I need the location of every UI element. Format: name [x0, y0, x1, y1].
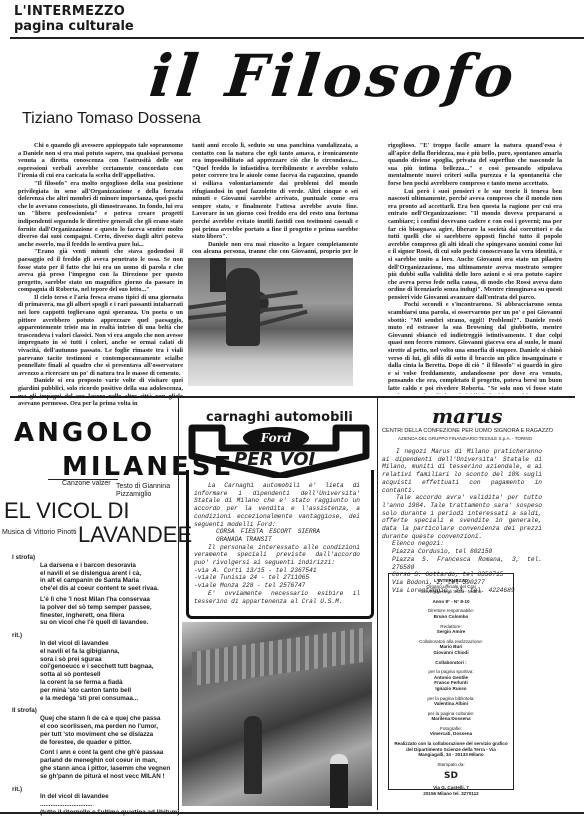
ad-paragraph: La Carnaghi automobili e' lieta di infor… [194, 482, 360, 528]
song-subtitle: Canzone valzer [62, 480, 111, 487]
store-list-heading: Elenco negozi: [382, 540, 542, 548]
song-heading-line1: ANGOLO [14, 418, 155, 448]
store-item: Piazza Cordusio, tel 802150 [382, 548, 542, 556]
dealer-name: carnaghi automobili [206, 410, 353, 425]
colophon-block: L'INTERMEZZO Organo ufficiale del Cral U… [389, 578, 513, 595]
article-title: il Filosofo [146, 42, 520, 110]
lyrics-credit: Testo di Giannina Pizzamiglio [116, 483, 176, 499]
column-divider [178, 398, 179, 810]
lyric-line: .............................. [40, 801, 180, 809]
bollard [330, 754, 348, 808]
colophon-block: Collaboratori : [389, 660, 513, 666]
lyric-line: Cont i ann e cont la gent che gh'è passa… [40, 749, 180, 757]
ad-paragraph: I negozi Marus di Milano praticheranno a… [382, 448, 542, 494]
colophon-line: Bruno Colombo [389, 614, 513, 620]
lyric-line: se gh'pann de piturà el nost vecc MILAN … [40, 773, 180, 781]
bench-slat [258, 310, 307, 327]
colophon-line: Valentina Albini [389, 701, 513, 707]
ad-address: -via A. Corti 13/15 - tel 2367541 [194, 567, 360, 575]
roof [192, 628, 364, 686]
music-credit: Musica di Vittorio Pinotti [2, 529, 77, 536]
section-divider [10, 396, 575, 398]
colophon-line: Sergio Amire [389, 629, 513, 635]
stanza-tag: II strofa) [12, 707, 180, 715]
paragraph: Daniele non era mai riuscito a legare co… [192, 241, 358, 254]
ad-paragraph: Il personale interessato alle condizioni… [194, 544, 360, 567]
colophon-line: Anno 8° - N° 8-10 [389, 599, 513, 605]
lyric-line: parland de meneghin col coeur in man, [40, 757, 180, 765]
paragraph: tanti anni eccolo lì, seduto su una panc… [192, 142, 358, 241]
lyric-line: Quej che stann lì de cà e quej che passa [40, 715, 180, 723]
colophon-block: Via G. Castelli, 720156 Milano tel. 3270… [389, 785, 513, 796]
printer-logo: SD [389, 771, 513, 781]
colophon-line: Stampato da: [389, 762, 513, 768]
masthead-divider [10, 37, 584, 39]
stanza-tag: rit.) [12, 786, 180, 794]
ad-models: CORSA FIESTA ESCORT SIERRA GRANADA TRANS… [194, 528, 360, 543]
song-title-line1: EL VICOL DI [4, 498, 130, 524]
ad-address: -viale Tunisia 24 - tel 2711065 [194, 574, 360, 582]
colophon-block: per la pagina culturale:Marilena Dossena [389, 711, 513, 722]
colophon-block: per la pagina bibliotela:Valentina Albin… [389, 696, 513, 707]
ad-headline: PER VOI [234, 449, 315, 470]
tree-trunk [210, 258, 226, 292]
colophon-block: Fotografie:Vimercati, Dossena [389, 726, 513, 737]
lyric-line: su on vicol che l'è quell di lavandee. [40, 619, 180, 627]
colophon-line: Vimercati, Dossena [389, 731, 513, 737]
lyric-line: ghe stann anca i pittor, lasemm che vegn… [40, 765, 180, 773]
paragraph: Pochi secondi e s'incontrarono. Si abbra… [388, 301, 562, 394]
lyric-line: el coo scorlissen, ma perden no l'umor, [40, 723, 180, 731]
stanza-tag: I strofa) [12, 554, 180, 562]
colophon-line: Ignazio Russo [389, 686, 513, 692]
lyric-line: La darsena e i barcon desoravia [40, 562, 180, 570]
store-item: Piazza S. Francesca Romana, 3, tel. 2765… [382, 556, 542, 571]
colophon-line: Giovanni Chiodi [389, 650, 513, 656]
lyric-line: la polver del sò temp semper passee, [40, 604, 180, 612]
ford-ad-body: La Carnaghi automobili e' lieta di infor… [194, 482, 360, 605]
colophon-line: Realizzato con la collaborazione del ser… [393, 741, 509, 758]
colophon-block: Direttore responsabile:Bruno Colombo [389, 608, 513, 619]
paragraph: Il cielo terso e l'aria fresca erano tip… [18, 294, 183, 378]
paragraph: Daniele si era proposto varie volte di v… [18, 377, 183, 407]
colophon-block: Stampato da: [389, 762, 513, 768]
marus-tagline: CENTRI DELLA CONFEZIONE PER UOMO SIGNORA… [382, 428, 553, 434]
lyric-line: L'è lì che 'l nost Milan l'ha conservaa [40, 596, 180, 604]
lyric-line: coi'genoeucc e i secchett tutt bagnaa, [40, 663, 180, 671]
lyric-line: el navili el fa la gibigianna, [40, 648, 180, 656]
stanza: I strofa) La darsena e i barcon desoravi… [40, 554, 180, 627]
colophon-block: SD [389, 771, 513, 781]
lyric-line: In del vicol di lavandee [40, 793, 180, 801]
colophon-block: per la pagina sportiva:Antonio GentileFr… [389, 669, 513, 691]
bench-photo [188, 258, 353, 386]
paragraph: "Erano già venti minuti che stava godend… [18, 248, 183, 294]
ad-note: E' ovviamente necessario esibire il tess… [194, 590, 360, 605]
lyric-line: la corent la se ferma a fiadà [40, 679, 180, 687]
colophon-line: 20156 Milano tel. 3270112 [389, 791, 513, 797]
paragraph: Chi o quando gli avessero appioppato tal… [18, 142, 183, 180]
lyric-line: che'el dis al coeur content te seet riva… [40, 585, 180, 593]
stanza: II strofa) Quej che stann lì de cà e que… [40, 707, 180, 780]
woman-figure [244, 716, 262, 794]
lyric-line: in alt el campanin de Santa Maria [40, 577, 180, 585]
lyric-line: de forestee, de quader e pittor. [40, 739, 180, 747]
lyric-line: e la medega 'sti prei consumaa... [40, 695, 180, 703]
article-column-1: Chi o quando gli avessero appioppato tal… [18, 142, 183, 414]
masthead-title: L'INTERMEZZO [14, 4, 125, 19]
street-photo [182, 622, 372, 806]
lyric-line: sora i sò prei sguraa [40, 656, 180, 664]
stanza-tag: rit.) [12, 632, 180, 640]
article-column-3: rigoglioso. "E' troppo facile amare la n… [388, 142, 562, 394]
colophon-line: Marilena Dossena [389, 716, 513, 722]
paragraph: rigoglioso. "E' troppo facile amare la n… [388, 142, 562, 188]
marus-logo: marus [432, 404, 502, 428]
bottom-divider [0, 812, 584, 814]
colophon-block: Anno 8° - N° 8-10 [389, 599, 513, 605]
stanza: rit.) In del vicol di lavandee el navili… [40, 632, 180, 702]
ford-logo: Ford [243, 427, 309, 449]
lyric-line: per tutt 'sto moviment che se dislazza [40, 731, 180, 739]
lyric-line: el navili el se dislengua arent i cà, [40, 570, 180, 578]
article-column-2: tanti anni eccolo lì, seduto su una panc… [192, 142, 358, 254]
paragraph: Lui però i suoi pensieri e le sue teorie… [388, 188, 562, 302]
lyric-line: sotta al sò pontesell [40, 671, 180, 679]
article-author: Tiziano Tomaso Dossena [22, 110, 201, 128]
ad-address: -viale Monza 228 - tel 2576747 [194, 582, 360, 590]
colophon-line: Collaboratori : [389, 660, 513, 666]
column-divider [377, 398, 378, 810]
marus-group: AZIENDA DEL GRUPPO FINANZIARIO TESSILE S… [398, 436, 532, 441]
lyric-line: In del vicol di lavandee [40, 640, 180, 648]
song-title-line2: LAVANDEE [78, 522, 192, 548]
ad-paragraph: Tale accordo avra' validita' per tutto l… [382, 494, 542, 540]
paragraph: "Il filosofo" era molto orgoglioso della… [18, 180, 183, 248]
colophon-line: Università degli Studi - Milano [389, 589, 513, 595]
masthead-section: pagina culturale [14, 19, 134, 34]
colophon-block: Redattore:Sergio Amire [389, 624, 513, 635]
colophon-block: Realizzato con la collaborazione del ser… [389, 741, 513, 758]
lyric-line: per minà 'sto canton tanto bell [40, 687, 180, 695]
man-figure [226, 268, 260, 346]
colophon-block: Collaboratori alla realizzazione:Mario B… [389, 639, 513, 656]
song-lyrics: I strofa) La darsena e i barcon desoravi… [40, 554, 180, 822]
colophon-box: L'INTERMEZZO Organo ufficiale del Cral U… [388, 573, 514, 790]
lyric-line: finester, ingherett, ona filera [40, 612, 180, 620]
